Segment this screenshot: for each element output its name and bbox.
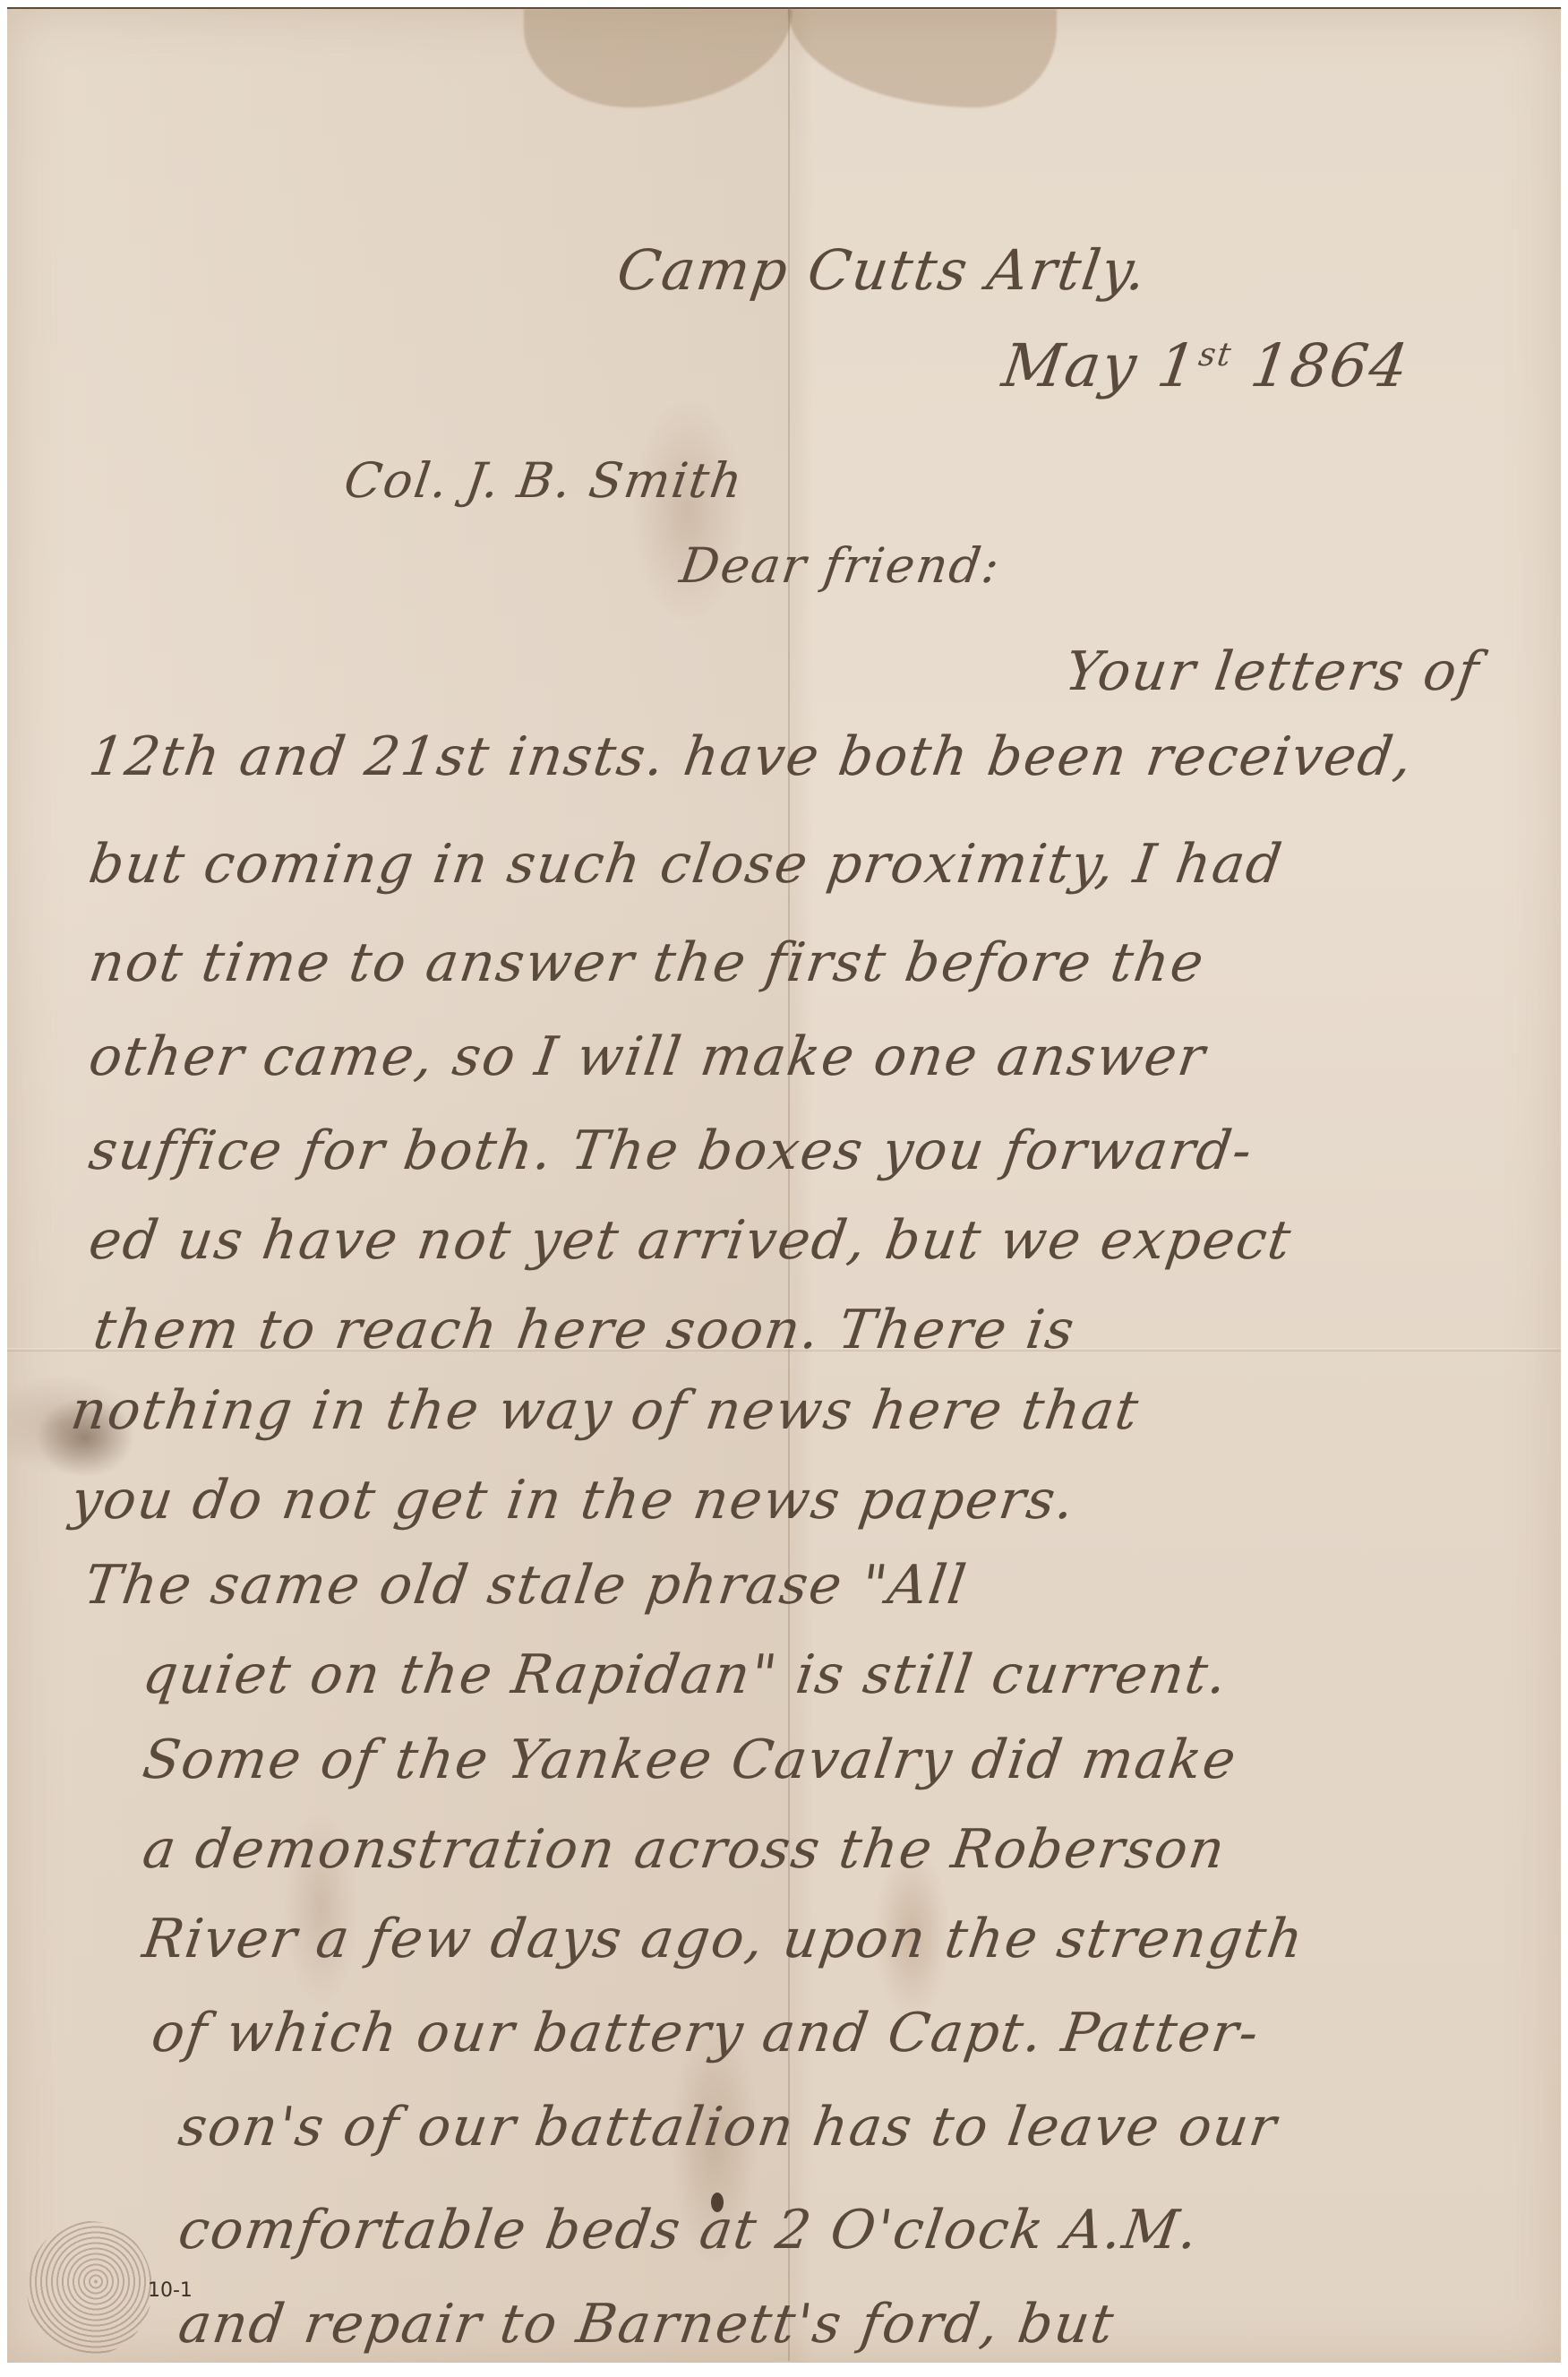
letter-location: Camp Cutts Artly. <box>613 237 1152 303</box>
recipient-name: Col. J. B. Smith <box>341 452 748 509</box>
body-line: suffice for both. The boxes you forward- <box>86 1124 1256 1178</box>
fingerprint-smudge <box>27 2221 152 2356</box>
body-line: Some of the Yankee Cavalry did make <box>140 1733 1240 1787</box>
body-line: son's of our battalion has to leave our <box>176 2100 1281 2154</box>
body-line: you do not get in the news papers. <box>68 1473 1079 1527</box>
body-line: River a few days ago, upon the strength <box>140 1912 1307 1966</box>
body-line: not time to answer the first before the <box>86 936 1208 990</box>
body-line: quiet on the Rapidan" is still current. <box>140 1648 1231 1702</box>
greeting: Dear friend: <box>677 537 1005 594</box>
body-line: comfortable beds at 2 O'clock A.M. <box>176 2203 1203 2257</box>
letter-date: May 1st 1864 <box>998 331 1414 400</box>
archive-mark: 10-1 <box>148 2279 193 2302</box>
body-line: Your letters of <box>1062 645 1484 699</box>
date-year: 1864 <box>1247 331 1414 400</box>
body-line: but coming in such close proximity, I ha… <box>86 837 1287 891</box>
date-month: May 1 <box>998 331 1203 400</box>
body-line: ed us have not yet arrived, but we expec… <box>86 1214 1296 1267</box>
body-line: The same old stale phrase "All <box>81 1558 971 1612</box>
body-line: nothing in the way of news here that <box>68 1384 1143 1437</box>
date-suffix: st <box>1196 335 1235 373</box>
body-line: 12th and 21st insts. have both been rece… <box>86 730 1417 784</box>
body-line: of which our battery and Capt. Patter- <box>149 2006 1264 2060</box>
body-line: a demonstration across the Roberson <box>140 1823 1230 1876</box>
body-line: and repair to Barnett's ford, but <box>176 2297 1118 2351</box>
body-line: them to reach here soon. There is <box>90 1303 1079 1357</box>
body-line: other came, so I will make one answer <box>86 1030 1210 1084</box>
